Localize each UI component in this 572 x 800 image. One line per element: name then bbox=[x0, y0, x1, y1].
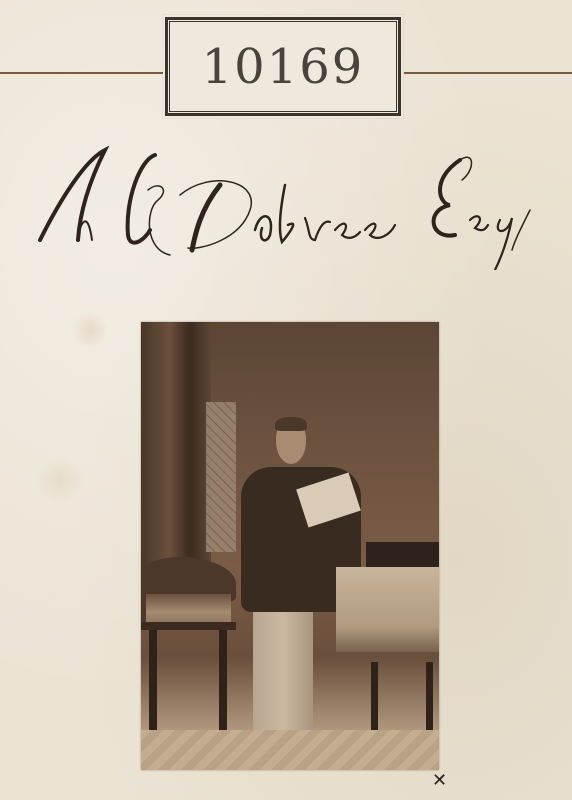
patterned-floor bbox=[141, 730, 439, 770]
books bbox=[146, 594, 231, 624]
leaded-window bbox=[206, 402, 236, 552]
table-leg bbox=[219, 630, 227, 740]
ruled-line-right bbox=[404, 72, 572, 74]
catalogue-number: 10169 bbox=[202, 39, 365, 95]
label-inner-border: 10169 bbox=[169, 21, 397, 112]
table-leg bbox=[149, 630, 157, 740]
ruled-line-left bbox=[0, 72, 163, 74]
figure-hair bbox=[275, 417, 307, 431]
ornate-box bbox=[366, 542, 439, 570]
catalogue-number-label: 10169 bbox=[163, 15, 403, 118]
side-table bbox=[141, 622, 236, 630]
cross-mark: ✕ bbox=[432, 770, 447, 791]
handwritten-inscription: A C Dobree Esq bbox=[30, 140, 550, 270]
sepia-portrait-photograph bbox=[141, 322, 439, 770]
draped-table bbox=[336, 567, 439, 652]
handwriting-script-graphic bbox=[30, 140, 550, 270]
